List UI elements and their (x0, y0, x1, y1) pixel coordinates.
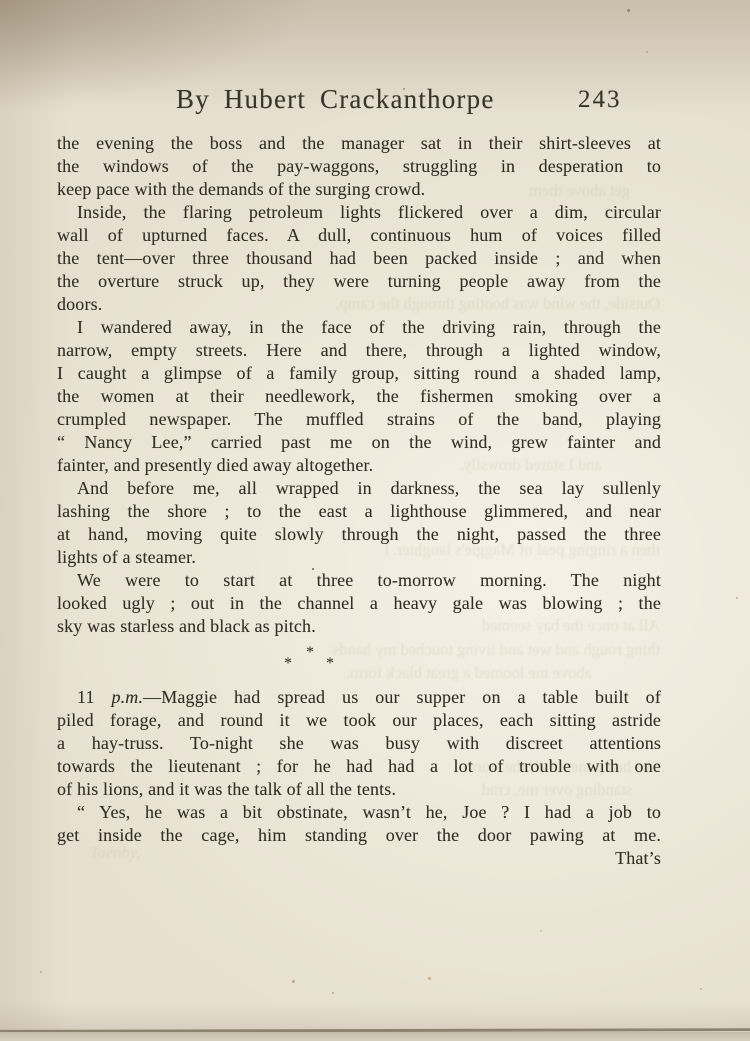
paper-speck (403, 88, 405, 90)
scan-background-strip (0, 1032, 750, 1041)
text-line: wall of upturned faces. A dull, continuo… (57, 224, 661, 247)
paper-speck (700, 988, 702, 990)
text-line: the tent—over three thousand had been pa… (57, 247, 661, 270)
paper-speck (428, 977, 431, 980)
text-line: I caught a glimpse of a family group, si… (57, 362, 661, 385)
text-line: a hay-truss. To-night she was busy with … (57, 732, 661, 755)
paper-speck (312, 568, 314, 570)
text-line: And before me, all wrapped in darkness, … (57, 477, 661, 500)
text-line: I wandered away, in the face of the driv… (57, 316, 661, 339)
scanned-book-page: By Hubert Crackanthorpe 243 the evening … (0, 0, 750, 1041)
ghost-text-fragment: and I stared drowsily. (402, 455, 602, 475)
text-line: “ Yes, he was a bit obstinate, wasn’t he… (57, 801, 661, 824)
text-line: the windows of the pay-waggons, struggli… (57, 155, 661, 178)
ghost-text-fragment: Outside, the wind was hooting through th… (332, 294, 660, 314)
text-line: the overture struck up, they were turnin… (57, 270, 661, 293)
text-line: crumpled newspaper. The muffled strains … (57, 408, 661, 431)
text-line: looked ugly ; out in the channel a heavy… (57, 592, 661, 615)
text-line: “ Nancy Lee,” carried past me on the win… (57, 431, 661, 454)
text-line: 11 p.m.—Maggie had spread us our supper … (57, 686, 661, 709)
ghost-text-fragment: above me loomed a great black form. (332, 663, 592, 683)
ghost-text-fragment: She had gone, in all the storm (386, 757, 660, 777)
text-line: the evening the boss and the manager sat… (57, 132, 661, 155)
paper-speck (332, 992, 334, 994)
text-line: piled forage, and round it we took our p… (57, 709, 661, 732)
running-header-title: By Hubert Crackanthorpe (176, 84, 495, 115)
ghost-text-fragment: get above them (340, 181, 630, 201)
paper-speck (540, 930, 542, 932)
paper-speck (736, 597, 738, 599)
paper-speck (292, 980, 295, 983)
text-line: narrow, empty streets. Here and there, t… (57, 339, 661, 362)
page-number: 243 (578, 86, 618, 114)
ghost-text-fragment: thing rough and wet and living touched m… (332, 640, 660, 660)
page-bottom-shading (0, 1002, 750, 1029)
asterisk-icon: * (284, 659, 292, 669)
text-line: lashing the shore ; to the east a lighth… (57, 500, 661, 523)
paper-speck (646, 51, 648, 53)
asterisk-icon: * (306, 648, 314, 658)
ghost-text-fragment: All at once the bay seemed (386, 616, 660, 636)
ghost-text-fragment: Taenby, (90, 843, 180, 863)
paper-speck (40, 971, 42, 973)
paper-speck (627, 9, 630, 12)
text-line: the women at their needlework, the fishe… (57, 385, 661, 408)
text-line: Inside, the flaring petroleum lights fli… (57, 201, 661, 224)
text-line: We were to start at three to-morrow morn… (57, 569, 661, 592)
ghost-text-fragment: then a ringing peal of Maggie's laughter… (386, 540, 660, 560)
ghost-text-fragment: standing over me, crad (332, 780, 632, 800)
